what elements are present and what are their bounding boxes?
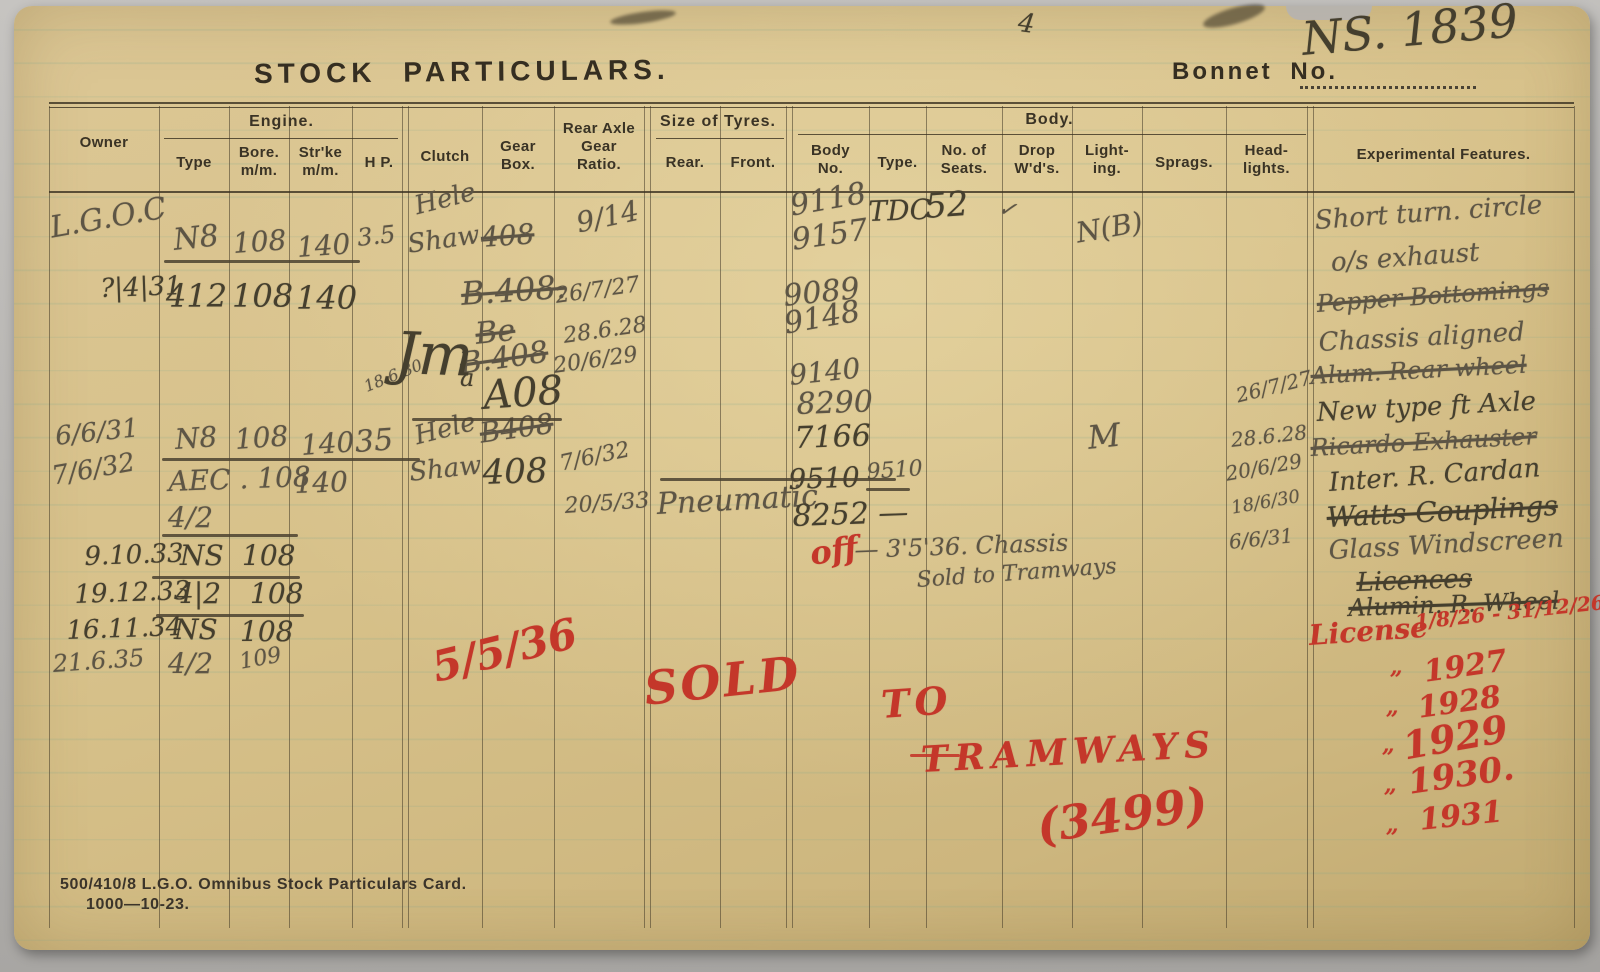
handwritten-note: 9/14 xyxy=(574,197,641,237)
handwritten-note: „ xyxy=(1386,696,1399,718)
table-vline xyxy=(1313,106,1314,928)
col-header-bore: Bore. m/m. xyxy=(229,144,289,180)
ink-smudge xyxy=(1201,0,1267,33)
handwritten-note: Hele xyxy=(412,179,478,219)
handwritten-note: L.G.O.C xyxy=(48,194,169,244)
handwritten-note: 412 xyxy=(166,280,227,312)
table-vline xyxy=(402,106,403,928)
handwritten-note: 28.6.28 xyxy=(1230,422,1308,450)
handwritten-note: Shaw xyxy=(406,222,481,258)
table-vline xyxy=(644,106,645,928)
handwritten-note: 108 xyxy=(232,280,293,312)
handwritten-note: 140 xyxy=(296,230,351,262)
table-hline xyxy=(656,138,784,139)
handwritten-note: TRAMWAYS xyxy=(920,726,1218,777)
handwritten-note: NS xyxy=(174,616,218,644)
handwritten-note: 108 xyxy=(240,618,293,646)
handwritten-note: — 3'5'36. Chassis xyxy=(854,531,1069,562)
stock-card: STOCK PARTICULARS. Bonnet No. NS. 1839 O… xyxy=(14,6,1590,950)
handwritten-note: 4 xyxy=(1016,10,1036,38)
handwritten-note: 140 xyxy=(296,282,357,314)
handwritten-note: 21.6.35 xyxy=(52,646,145,676)
handwritten-note: NS xyxy=(180,542,224,570)
col-header-clutch: Clutch xyxy=(408,148,482,166)
col-header-rear: Rear. xyxy=(650,154,720,172)
col-header-hp: H P. xyxy=(352,154,406,172)
handwritten-note: 18/6/30 xyxy=(1230,488,1301,518)
handwritten-note: 4/2 xyxy=(168,650,213,678)
handwritten-note: Short turn. circle xyxy=(1314,192,1543,234)
table-vline xyxy=(1574,106,1575,928)
col-header-drop: Drop W'd's. xyxy=(1002,142,1072,178)
handwritten-note: o/s exhaust xyxy=(1330,240,1480,276)
table-vline xyxy=(289,106,290,928)
table-hline xyxy=(49,102,1574,104)
handwritten-note: Chassis aligned xyxy=(1318,319,1525,356)
ink-smudge xyxy=(610,7,677,27)
handwritten-underline xyxy=(660,478,896,481)
handwritten-note: 108 xyxy=(242,542,295,570)
col-header-front: Front. xyxy=(720,154,786,172)
handwritten-underline xyxy=(162,534,298,537)
bonnet-no-line xyxy=(1300,62,1476,89)
handwritten-note: N8 xyxy=(172,221,220,256)
handwritten-note: A08 xyxy=(482,370,564,415)
handwritten-note: 20/6/29 xyxy=(1224,451,1303,484)
handwritten-note: 20/5/33 xyxy=(564,490,650,518)
handwritten-note: „ xyxy=(1386,814,1399,836)
bonnet-no-value: NS. 1839 xyxy=(1300,0,1520,62)
handwritten-note: Alum. Rear wheel xyxy=(1310,353,1527,388)
handwritten-underline xyxy=(412,418,562,421)
handwritten-note: License xyxy=(1308,614,1429,650)
handwritten-note: 4|2 xyxy=(176,580,221,608)
handwritten-note: 140 xyxy=(294,468,348,498)
handwritten-note: 7/6/32 xyxy=(558,439,632,475)
handwritten-note: TDC xyxy=(868,196,932,226)
handwritten-underline xyxy=(152,576,300,579)
handwritten-note: Hele xyxy=(412,409,478,449)
handwritten-note: SOLD xyxy=(642,650,803,712)
handwritten-note: 6/6/31 xyxy=(1228,525,1294,552)
table-vline xyxy=(1307,106,1308,928)
handwritten-note: New type ft Axle xyxy=(1316,389,1537,426)
table-hline xyxy=(49,107,1574,108)
handwritten-underline xyxy=(164,260,360,263)
col-header-seats: No. of Seats. xyxy=(926,142,1002,178)
handwritten-note: 7166 xyxy=(794,421,871,454)
handwritten-note: off xyxy=(808,531,860,569)
handwritten-note: N(B) xyxy=(1074,208,1145,247)
handwritten-note: 5/5/36 xyxy=(428,612,581,688)
table-vline xyxy=(159,106,160,928)
col-header-gearbox: Gear Box. xyxy=(482,138,554,174)
handwritten-note: TO xyxy=(880,681,954,724)
col-header-stroke: Str'ke m/m. xyxy=(289,144,352,180)
group-header-tyres: Size of Tyres. xyxy=(650,112,786,131)
handwritten-note: „ xyxy=(1384,774,1397,796)
handwritten-note: 9157 xyxy=(790,215,870,255)
handwritten-note: 140 xyxy=(300,428,355,460)
handwritten-note: „ xyxy=(1382,734,1395,756)
footer-form-number: 500/410/8 L.G.O. Omnibus Stock Particula… xyxy=(60,876,467,894)
handwritten-note: 109 xyxy=(238,645,283,674)
col-header-body-type: Type. xyxy=(869,154,926,172)
col-header-lighting: Light- ing. xyxy=(1072,142,1142,178)
handwritten-note: 408 xyxy=(480,220,535,252)
handwritten-note: M xyxy=(1086,419,1122,454)
handwritten-note: 20/6/29 xyxy=(552,344,639,378)
card-title: STOCK PARTICULARS. xyxy=(254,54,670,90)
group-header-engine: Engine. xyxy=(159,112,404,131)
footer-print-code: 1000—10-23. xyxy=(86,896,467,914)
handwritten-note: 26/7/27 xyxy=(1234,367,1314,405)
handwritten-note: 8252 — xyxy=(792,498,909,532)
col-header-type: Type xyxy=(159,154,229,172)
handwritten-note: Inter. R. Cardan xyxy=(1328,455,1541,496)
col-header-body-no: Body No. xyxy=(792,142,869,178)
table-vline xyxy=(926,106,927,928)
handwritten-note: N8 xyxy=(174,423,218,454)
table-vline xyxy=(650,106,651,928)
table-vline xyxy=(229,106,230,928)
handwritten-underline xyxy=(866,488,910,491)
handwritten-note: (3499) xyxy=(1034,780,1210,849)
handwritten-note: AEC . 108 xyxy=(168,463,311,496)
handwritten-note: 35 xyxy=(354,425,394,458)
handwritten-note: 8290 xyxy=(796,387,873,420)
handwritten-note: 52 xyxy=(924,187,970,224)
table-hline xyxy=(164,138,398,139)
table-hline xyxy=(798,134,1306,135)
handwritten-note: 408 xyxy=(482,454,548,490)
handwritten-note: 16.11.34 xyxy=(66,614,183,644)
table-vline xyxy=(1226,106,1227,928)
col-header-headlights: Head- lights. xyxy=(1226,142,1307,178)
handwritten-note: 9.10.33 xyxy=(84,541,184,570)
handwritten-note: 108 xyxy=(232,226,287,258)
handwritten-note: B408 xyxy=(478,410,555,448)
table-vline xyxy=(352,106,353,928)
table-vline xyxy=(1002,106,1003,928)
handwritten-underline xyxy=(910,754,960,757)
col-header-owner: Owner xyxy=(49,134,159,152)
col-header-experimental: Experimental Features. xyxy=(1313,146,1574,164)
handwritten-note: Ricardo Exhauster xyxy=(1310,424,1537,460)
handwritten-underline xyxy=(162,458,420,461)
table-vline xyxy=(554,106,555,928)
handwritten-underline xyxy=(156,614,304,617)
handwritten-note: ✓ xyxy=(996,198,1018,223)
handwritten-note: B.408. xyxy=(460,271,567,310)
handwritten-note: „ xyxy=(1390,656,1403,678)
footer: 500/410/8 L.G.O. Omnibus Stock Particula… xyxy=(60,876,467,914)
table-vline xyxy=(786,106,787,928)
handwritten-note: 1931 xyxy=(1418,797,1504,836)
col-header-sprags: Sprags. xyxy=(1142,154,1226,172)
handwritten-note: Pepper Bottomings xyxy=(1316,276,1550,316)
handwritten-note: 108 xyxy=(234,422,289,454)
handwritten-note: 26/7/27 xyxy=(554,274,641,308)
handwritten-note: 7/6/32 xyxy=(50,449,137,489)
handwritten-note: a xyxy=(460,366,474,390)
handwritten-note: 108 xyxy=(250,580,303,608)
handwritten-note: 19.12.33 xyxy=(74,578,191,608)
handwritten-note: Sold to Tramways xyxy=(916,556,1117,592)
handwritten-note: 4/2 xyxy=(168,504,213,532)
col-header-ratio: Rear Axle Gear Ratio. xyxy=(554,120,644,174)
handwritten-note: 3.5 xyxy=(356,222,396,250)
handwritten-note: 6/6/31 xyxy=(54,415,140,450)
